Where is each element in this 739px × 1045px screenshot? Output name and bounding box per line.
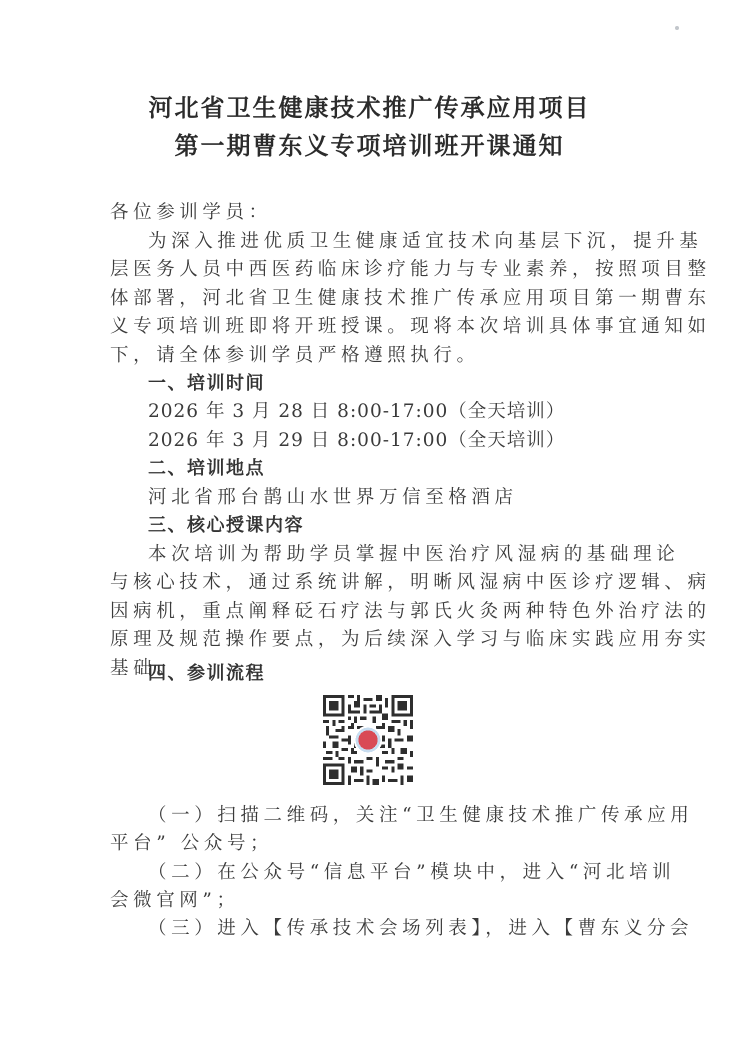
intro-line: 层医务人员中西医药临床诊疗能力与专业素养，按照项目整 xyxy=(110,256,630,284)
process-step-line: （一）扫描二维码，关注“卫生健康技术推广传承应用 xyxy=(148,802,668,830)
logo-icon xyxy=(358,730,377,749)
section-heading-location: 二、培训地点 xyxy=(148,455,668,483)
location-text: 河北省邢台鹊山水世界万信至格酒店 xyxy=(148,484,668,512)
content-line: 本次培训为帮助学员掌握中医治疗风湿病的基础理论 xyxy=(148,541,668,569)
scan-speck xyxy=(675,26,679,30)
intro-line: 下，请全体参训学员严格遵照执行。 xyxy=(110,342,630,370)
intro-line: 为深入推进优质卫生健康适宜技术向基层下沉，提升基 xyxy=(148,228,668,256)
schedule-line: 2026 年 3 月 28 日 8:00-17:00（全天培训） xyxy=(148,398,668,426)
document-title-line-2: 第一期曹东义专项培训班开课通知 xyxy=(0,126,739,161)
process-step-line: （二）在公众号“信息平台”模块中，进入“河北培训 xyxy=(148,859,668,887)
section-heading-time: 一、培训时间 xyxy=(148,370,668,398)
content-line: 原理及规范操作要点，为后续深入学习与临床实践应用夯实 xyxy=(110,626,630,654)
document-title-line-1: 河北省卫生健康技术推广传承应用项目 xyxy=(0,88,739,123)
qr-code[interactable] xyxy=(323,695,413,785)
section-heading-process: 四、参训流程 xyxy=(148,660,668,688)
intro-line: 体部署，河北省卫生健康技术推广传承应用项目第一期曹东 xyxy=(110,285,630,313)
content-line: 因病机，重点阐释砭石疗法与郭氏火灸两种特色外治疗法的 xyxy=(110,598,630,626)
salutation: 各位参训学员： xyxy=(110,199,630,227)
process-step-line: （三）进入【传承技术会场列表】，进入【曹东义分会 xyxy=(148,915,668,943)
intro-line: 义专项培训班即将开班授课。现将本次培训具体事宜通知如 xyxy=(110,313,630,341)
content-line: 与核心技术，通过系统讲解，明晰风湿病中医诊疗逻辑、病 xyxy=(110,569,630,597)
section-heading-content: 三、核心授课内容 xyxy=(148,512,668,540)
schedule-line: 2026 年 3 月 29 日 8:00-17:00（全天培训） xyxy=(148,427,668,455)
process-step-line: 会微官网”； xyxy=(110,887,630,915)
document-page: 河北省卫生健康技术推广传承应用项目 第一期曹东义专项培训班开课通知 各位参训学员… xyxy=(0,0,739,1045)
process-step-line: 平台” 公众号； xyxy=(110,830,630,858)
